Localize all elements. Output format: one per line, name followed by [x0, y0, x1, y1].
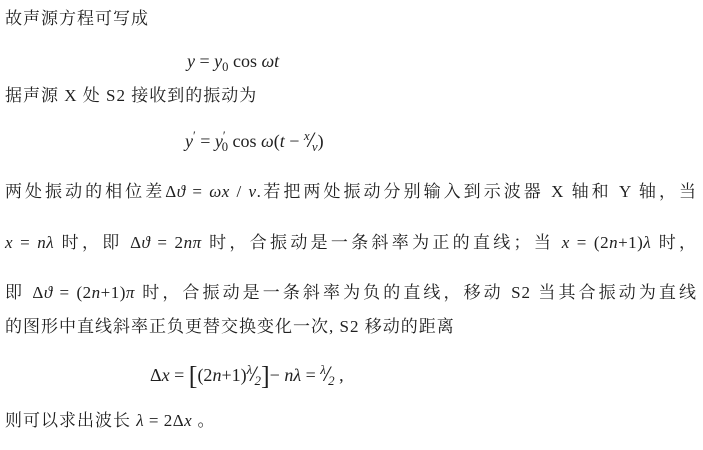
text-run: =: [13, 233, 37, 252]
formula-source-equation: y = y0 cos ωt: [187, 46, 279, 82]
text-run: +1): [618, 233, 643, 252]
text-run: −: [270, 365, 285, 385]
text-run: ): [318, 131, 324, 151]
text-run: 若把两处振动分别输入到示波器 X 轴和 Y 轴，当: [261, 182, 697, 201]
text-run: 故声源方程可写成: [5, 9, 149, 28]
paragraph-received-vibration-intro: 据声源 X 处 S2 接收到的振动为: [5, 84, 257, 108]
formula-received-vibration: y′ = y′0 cos ω(t − x/v): [185, 121, 324, 162]
text-run: ω: [261, 131, 274, 151]
text-run: ω: [261, 51, 274, 71]
text-run: Δ: [165, 182, 176, 201]
text-run: = (2: [570, 233, 609, 252]
text-run: cos: [228, 131, 261, 151]
text-run: 时，合振动是一条斜率为负的直线，移动 S2 当其合振动为直线: [135, 283, 697, 302]
text-run: = 2: [144, 411, 173, 430]
text-run: ,: [335, 365, 344, 385]
text-run: x: [5, 233, 13, 252]
text-run: Δ: [150, 365, 162, 385]
text-run: n: [92, 283, 101, 302]
text-run: y: [187, 51, 195, 71]
text-run: nλ: [284, 365, 301, 385]
text-run: x: [162, 365, 170, 385]
text-run: π: [126, 283, 135, 302]
text-run: t: [274, 51, 279, 71]
diagonal-fraction: λ/2: [247, 355, 261, 396]
text-run: = 2: [150, 233, 183, 252]
text-run: 的图形中直线斜率正负更替交换变化一次, S2 移动的距离: [5, 317, 455, 336]
text-run: = (2: [53, 283, 92, 302]
paragraph-wavelength-conclusion: 则可以求出波长 λ = 2Δx 。: [5, 409, 215, 433]
text-run: =: [186, 182, 210, 201]
text-run: 时，: [651, 233, 697, 252]
text-run: 两处振动的相位差: [5, 182, 165, 201]
text-run: (2: [197, 365, 212, 385]
text-run: ]: [261, 361, 270, 390]
paragraph-phase-difference-line3: 即 Δϑ = (2n+1)π 时，合振动是一条斜率为负的直线，移动 S2 当其合…: [5, 281, 697, 305]
text-run: λ: [136, 411, 144, 430]
text-run: nλ: [37, 233, 54, 252]
text-run: Δ: [130, 233, 141, 252]
text-run: 即: [5, 283, 32, 302]
text-run: ωx: [209, 182, 230, 201]
text-run: Δ: [32, 283, 43, 302]
text-run: cos: [228, 51, 261, 71]
text-run: =: [301, 365, 320, 385]
text-run: =: [196, 131, 215, 151]
text-run: 。: [192, 411, 215, 430]
text-run: y: [214, 51, 222, 71]
text-run: x: [562, 233, 570, 252]
text-run: n: [609, 233, 618, 252]
paragraph-phase-difference-line4: 的图形中直线斜率正负更替交换变化一次, S2 移动的距离: [5, 315, 455, 339]
text-run: −: [285, 131, 304, 151]
diagonal-fraction: x/v: [304, 121, 318, 162]
text-run: 时，合振动是一条斜率为正的直线；当: [202, 233, 562, 252]
paragraph-phase-difference-line2: x = nλ 时，即 Δϑ = 2nπ 时，合振动是一条斜率为正的直线；当 x …: [5, 231, 697, 255]
text-run: +1): [221, 365, 246, 385]
text-run: x: [184, 411, 192, 430]
text-run: =: [195, 51, 214, 71]
diagonal-fraction: λ/2: [320, 355, 334, 396]
text-run: y: [185, 131, 193, 151]
document-page: 故声源方程可写成 y = y0 cos ωt 据声源 X 处 S2 接收到的振动…: [0, 0, 703, 450]
text-run: Δ: [173, 411, 184, 430]
text-run: v: [249, 182, 257, 201]
text-run: 则可以求出波长: [5, 411, 136, 430]
text-run: /: [230, 182, 249, 201]
text-run: =: [170, 365, 189, 385]
text-run: ϑ: [177, 182, 186, 201]
text-run: ϑ: [44, 283, 53, 302]
text-run: nπ: [184, 233, 202, 252]
text-run: 时，即: [54, 233, 130, 252]
paragraph-phase-difference-line1: 两处振动的相位差Δϑ = ωx / v.若把两处振动分别输入到示波器 X 轴和 …: [5, 180, 697, 204]
text-run: +1): [101, 283, 126, 302]
paragraph-source-equation-intro: 故声源方程可写成: [5, 7, 149, 31]
text-run: 据声源 X 处 S2 接收到的振动为: [5, 86, 257, 105]
formula-s2-displacement: Δx = [(2n+1)λ/2]− nλ = λ/2 ,: [150, 355, 344, 396]
